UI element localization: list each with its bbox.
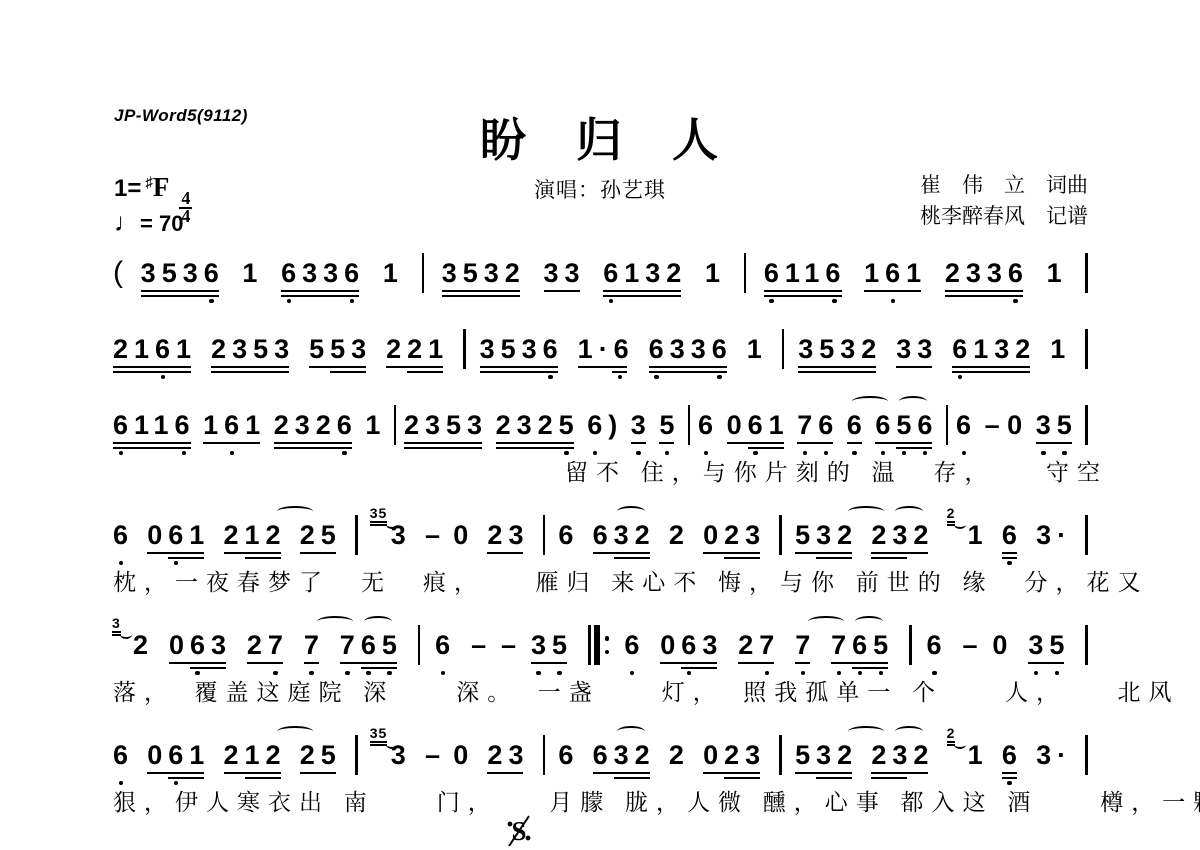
barline: [779, 735, 782, 775]
note-digits: 6116: [113, 410, 196, 440]
octave-dot: [879, 671, 884, 676]
note-group: 23: [487, 740, 529, 770]
barline: [688, 405, 691, 445]
note-group: 27: [247, 630, 289, 660]
note-group: 3·: [1036, 740, 1072, 770]
sheet-music-page: JP-Word5(9112) 盼 归 人 演唱：孙艺琪 崔 伟 立 词曲 桃李醉…: [0, 0, 1200, 850]
octave-dot: [932, 671, 937, 676]
note-group: 3·: [1036, 520, 1072, 550]
note-digits: 1: [1050, 334, 1071, 364]
beam-line: [649, 371, 727, 374]
octave-dot: [182, 451, 187, 456]
beam-line: [816, 557, 852, 560]
beam-line: [724, 557, 760, 560]
note-digits: 23: [487, 520, 529, 550]
beam-line: [798, 371, 876, 374]
slur-arc: [364, 616, 392, 627]
octave-dot: [1007, 781, 1012, 786]
beam-line: [1002, 552, 1017, 555]
octave-dot: [557, 671, 562, 676]
note-digits: 6336: [649, 334, 733, 364]
note-group: 532: [795, 520, 858, 550]
octave-dot: [1062, 451, 1067, 456]
barline: [394, 405, 397, 445]
note-digits: 1: [1047, 258, 1068, 288]
beam-line: [224, 772, 281, 775]
lyricist-composer-credit: 崔 伟 立 词曲: [920, 170, 1088, 201]
note-group: 0: [453, 520, 474, 550]
beam-line: [795, 552, 852, 555]
duration-dash: –: [425, 520, 440, 551]
note-digits: 27: [247, 630, 289, 660]
note-group: 061: [727, 410, 790, 440]
beam-line: [1002, 777, 1017, 780]
slur-arc: [899, 396, 927, 407]
note-group: 353: [391, 520, 412, 550]
beam-line: [795, 772, 852, 775]
barline: [1085, 253, 1088, 293]
slur-arc: [895, 506, 923, 517]
note-group: 1: [365, 410, 386, 440]
barline: [779, 515, 782, 555]
note-group: 6: [624, 630, 645, 660]
key-tonic: 1: [114, 175, 127, 202]
note-group: 023: [703, 740, 766, 770]
beam-line: [649, 366, 727, 369]
note-group: 32: [133, 630, 154, 660]
note-digits: 7: [304, 630, 325, 660]
beam-line: [281, 290, 359, 293]
beam-line: [578, 366, 628, 369]
octave-dot: [753, 451, 758, 456]
beam-line: [442, 295, 520, 298]
note-digits: 232: [871, 520, 934, 550]
note-group: 7: [304, 630, 325, 660]
note-group: 6: [698, 410, 719, 440]
note-group: 3536: [480, 334, 564, 364]
beam-line: [797, 442, 833, 445]
beam-line: [593, 772, 650, 775]
beam-line: [816, 777, 852, 780]
note-group: 212: [224, 740, 287, 770]
octave-dot: [837, 671, 842, 676]
beam-line: [247, 662, 283, 665]
note-digits: 061: [147, 740, 210, 770]
beam-line: [659, 442, 674, 445]
note-digits: 6: [956, 410, 977, 440]
note-digits: 3536: [480, 334, 564, 364]
note-group: 656: [875, 410, 938, 440]
beam-line: [945, 295, 1023, 298]
beam-line: [300, 552, 336, 555]
note-digits: 6: [698, 410, 719, 440]
beam-line: [1002, 772, 1017, 775]
octave-dot: [824, 451, 829, 456]
note-digits: 6): [587, 410, 623, 440]
beam-line: [603, 295, 681, 298]
beam-line: [141, 290, 219, 293]
beam-line: [190, 667, 226, 670]
note-digits: 2326: [274, 410, 358, 440]
note-group: 221: [386, 334, 449, 364]
note-digits: 656: [875, 410, 938, 440]
note-digits: 023: [703, 520, 766, 550]
barline: [1085, 515, 1088, 555]
beam-line: [593, 552, 650, 555]
note-group: 1·6: [578, 334, 635, 364]
note-group: 1: [705, 258, 726, 288]
note-group: 765: [340, 630, 403, 660]
beam-line: [141, 295, 219, 298]
beam-line: [404, 447, 482, 450]
beam-line: [764, 295, 842, 298]
duration-dash: –: [425, 740, 440, 771]
beam-line: [113, 447, 191, 450]
note-group: 33: [896, 334, 938, 364]
octave-dot: [273, 671, 278, 676]
beam-line: [603, 290, 681, 293]
tie-arc: [848, 726, 884, 737]
note-digits: 6: [624, 630, 645, 660]
duration-dash: –: [471, 630, 486, 661]
tempo-marking: ♩= 70: [114, 207, 183, 238]
intro-paren: (: [113, 256, 123, 290]
octave-dot: [350, 299, 355, 304]
grace-note: 2: [947, 726, 956, 743]
note-digits: 7: [795, 630, 816, 660]
octave-dot: [209, 299, 214, 304]
music-line: 2161235355322135361·66336135323361321: [113, 332, 1088, 366]
note-group: 553: [309, 334, 372, 364]
note-group: 7: [795, 630, 816, 660]
note-group: 6: [927, 630, 948, 660]
beam-line: [487, 772, 523, 775]
note-digits: 765: [831, 630, 894, 660]
octave-dot: [287, 299, 292, 304]
barline: [1085, 329, 1088, 369]
note-digits: 1: [242, 258, 263, 288]
lyrics-line: 落， 覆盖这庭院 深 深。 一盏 灯， 照我孤单一 个 人， 北风: [113, 674, 1088, 704]
beam-line: [274, 442, 352, 445]
barline: [418, 625, 421, 665]
note-digits: 6132: [603, 258, 687, 288]
beam-line: [281, 295, 359, 298]
beam-line: [871, 777, 907, 780]
note-digits: 1: [705, 258, 726, 288]
note-group: 76: [797, 410, 839, 440]
note-digits: 212: [224, 740, 287, 770]
octave-dot: [891, 299, 896, 304]
note-group: 1: [1050, 334, 1071, 364]
beam-line: [681, 667, 717, 670]
note-group: 6132: [603, 258, 687, 288]
note-group: 061: [147, 520, 210, 550]
begin-repeat-sign: [588, 625, 610, 665]
note-group: 2336: [945, 258, 1029, 288]
octave-dot: [564, 451, 569, 456]
tie-arc: [277, 506, 313, 517]
credits-block: 崔 伟 立 词曲 桃李醉春风 记谱: [920, 170, 1088, 232]
note-digits: 2: [669, 740, 690, 770]
beam-line: [871, 557, 907, 560]
note-digits: 3536: [141, 258, 225, 288]
note-group: 23: [487, 520, 529, 550]
note-digits: 6132: [952, 334, 1036, 364]
transcriber-credit: 桃李醉春风 记谱: [920, 201, 1088, 232]
beam-line: [404, 442, 482, 445]
lyrics-line: 狠，伊人寒衣出 南 门， 月朦 胧，人微 醺，心事 都入这 酒 樽，一颗: [113, 784, 1088, 814]
tie-arc: [852, 396, 888, 407]
barline: [1085, 405, 1088, 445]
beam-line: [224, 552, 281, 555]
note-group: 161: [864, 258, 927, 288]
note-digits: 0: [992, 630, 1013, 660]
beam-line: [496, 447, 574, 450]
octave-dot: [536, 671, 541, 676]
grace-note: 35: [370, 726, 388, 743]
note-group: 2326: [274, 410, 358, 440]
note-digits: 061: [147, 520, 210, 550]
beam-line: [748, 447, 784, 450]
note-group: 161: [203, 410, 266, 440]
note-group: 632: [593, 520, 656, 550]
beam-line: [871, 772, 928, 775]
note-digits: 6: [558, 740, 579, 770]
beam-line: [340, 662, 397, 665]
note-group: 1: [383, 258, 404, 288]
barline: [355, 515, 358, 555]
beam-line: [304, 662, 319, 665]
beam-line: [168, 777, 204, 780]
beam-line: [952, 366, 1030, 369]
octave-dot: [1007, 561, 1012, 566]
octave-dot: [309, 671, 314, 676]
octave-dot: [832, 299, 837, 304]
note-digits: 6116: [764, 258, 847, 288]
note-digits: 0: [453, 740, 474, 770]
beam-line: [330, 371, 366, 374]
beam-line: [544, 290, 580, 293]
barline: [1085, 735, 1088, 775]
beam-line: [798, 366, 876, 369]
note-digits: 1: [747, 334, 768, 364]
tie-arc: [317, 616, 353, 627]
note-group: 3532: [798, 334, 882, 364]
note-digits: 76: [797, 410, 839, 440]
duration-dash: –: [501, 630, 516, 661]
note-digits: 1·6: [578, 334, 635, 364]
note-digits: 532: [795, 740, 858, 770]
slur-arc: [855, 616, 883, 627]
slur-arc: [617, 726, 645, 737]
beam-line: [952, 371, 1030, 374]
beam-line: [113, 371, 191, 374]
octave-dot: [654, 375, 659, 380]
beam-line: [147, 772, 204, 775]
beam-line: [203, 442, 260, 445]
note-digits: 532: [795, 520, 858, 550]
note-group: 2353: [404, 410, 488, 440]
note-group: 6: [1002, 520, 1023, 550]
note-group: 063: [660, 630, 723, 660]
beam-line: [614, 777, 650, 780]
note-group: 6336: [649, 334, 733, 364]
note-group: 765: [831, 630, 894, 660]
beam-line: [211, 366, 289, 369]
barline: [543, 735, 546, 775]
music-line: 320632777656––3560632777656–035: [113, 628, 1088, 662]
beam-line: [168, 557, 204, 560]
octave-dot: [230, 451, 235, 456]
beam-line: [1036, 442, 1072, 445]
note-group: 6: [558, 520, 579, 550]
barline: [543, 515, 546, 555]
note-digits: 553: [309, 334, 372, 364]
beam-line: [113, 366, 191, 369]
note-digits: 2353: [211, 334, 295, 364]
beam-line: [703, 772, 760, 775]
beam-line: [896, 447, 932, 450]
note-group: 232: [871, 740, 934, 770]
octave-dot: [366, 671, 371, 676]
octave-dot: [618, 375, 623, 380]
octave-dot: [852, 451, 857, 456]
beam-line: [274, 447, 352, 450]
note-digits: 3532: [442, 258, 526, 288]
note-digits: 632: [593, 740, 656, 770]
beam-line: [386, 366, 443, 369]
beam-line: [496, 442, 574, 445]
note-digits: 6: [847, 410, 868, 440]
note-digits: 6: [113, 740, 134, 770]
beam-line: [871, 552, 928, 555]
note-group: 061: [147, 740, 210, 770]
beam-line: [612, 371, 627, 374]
beam-line: [147, 552, 204, 555]
note-group: 2161: [113, 334, 197, 364]
note-group: 632: [593, 740, 656, 770]
note-digits: 063: [169, 630, 232, 660]
note-group: 6132: [952, 334, 1036, 364]
note-group: 5: [659, 410, 680, 440]
note-digits: 6: [113, 520, 134, 550]
note-group: 6336: [281, 258, 365, 288]
beam-line: [300, 772, 336, 775]
beam-line: [847, 442, 862, 445]
music-line: 611616123261235323256)3560617666566–035: [113, 408, 1088, 442]
beam-line: [631, 442, 646, 445]
beam-line: [738, 662, 774, 665]
grace-note: 3: [112, 616, 121, 633]
note-group: 6: [558, 740, 579, 770]
note-digits: 063: [660, 630, 723, 660]
barline: [782, 329, 785, 369]
note-digits: 27: [738, 630, 780, 660]
music-line: (353616336135323361321611616123361: [113, 256, 1088, 290]
barline: [946, 405, 949, 445]
tie-arc: [848, 506, 884, 517]
note-group: 6116: [113, 410, 196, 440]
song-title: 盼 归 人: [0, 104, 1200, 170]
note-group: 21: [968, 740, 989, 770]
note-group: 35: [1036, 410, 1078, 440]
note-digits: 5: [659, 410, 680, 440]
note-digits: 6: [558, 520, 579, 550]
note-digits: 221: [386, 334, 449, 364]
note-digits: 35: [1028, 630, 1070, 660]
note-digits: 6: [435, 630, 456, 660]
tie-arc: [808, 616, 844, 627]
note-digits: 023: [703, 740, 766, 770]
lyrics-line: 留不 住，与你片刻的 温 存， 守空: [113, 454, 1088, 484]
duration-dash: –: [985, 410, 1000, 441]
octave-dot: [704, 451, 709, 456]
beam-line: [169, 662, 226, 665]
music-line: 606121225353–023663220235322322163·: [113, 518, 1088, 552]
note-digits: 232: [871, 740, 934, 770]
note-group: 353: [391, 740, 412, 770]
slur-arc: [895, 726, 923, 737]
octave-dot: [803, 451, 808, 456]
note-digits: 33: [544, 258, 586, 288]
note-digits: 061: [727, 410, 790, 440]
note-digits: 1: [968, 740, 989, 770]
octave-dot: [161, 375, 166, 380]
note-group: 27: [738, 630, 780, 660]
beam-line: [1028, 662, 1064, 665]
beam-line: [727, 442, 784, 445]
note-digits: 212: [224, 520, 287, 550]
octave-dot: [119, 561, 124, 566]
note-group: 3532: [442, 258, 526, 288]
beam-line: [724, 777, 760, 780]
note-digits: 6336: [281, 258, 365, 288]
beam-line: [764, 290, 842, 293]
beam-line: [896, 366, 932, 369]
score-area: (353616336135323361321611616123361216123…: [113, 256, 1088, 850]
note-group: 063: [169, 630, 232, 660]
note-group: 35: [1028, 630, 1070, 660]
note-group: 1: [1047, 258, 1068, 288]
note-group: 023: [703, 520, 766, 550]
note-digits: 35: [1036, 410, 1078, 440]
beam-line: [113, 442, 191, 445]
beam-line: [480, 371, 558, 374]
note-group: 212: [224, 520, 287, 550]
beam-line: [875, 442, 932, 445]
note-digits: 765: [340, 630, 403, 660]
note-group: 3536: [141, 258, 225, 288]
note-group: 532: [795, 740, 858, 770]
note-group: 25: [300, 740, 342, 770]
octave-dot: [962, 451, 967, 456]
barline: [744, 253, 747, 293]
octave-dot: [342, 451, 347, 456]
barline: [1085, 625, 1088, 665]
note-digits: 2336: [945, 258, 1029, 288]
note-group: 0: [992, 630, 1013, 660]
grace-note: 2: [947, 506, 956, 523]
note-digits: 1: [968, 520, 989, 550]
beam-line: [531, 662, 567, 665]
beam-line: [1002, 557, 1017, 560]
note-group: 2: [669, 520, 690, 550]
note-digits: 2325: [496, 410, 580, 440]
note-group: 6: [847, 410, 868, 440]
note-group: 3: [631, 410, 652, 440]
note-group: 25: [300, 520, 342, 550]
segno-icon: S: [506, 814, 1088, 850]
